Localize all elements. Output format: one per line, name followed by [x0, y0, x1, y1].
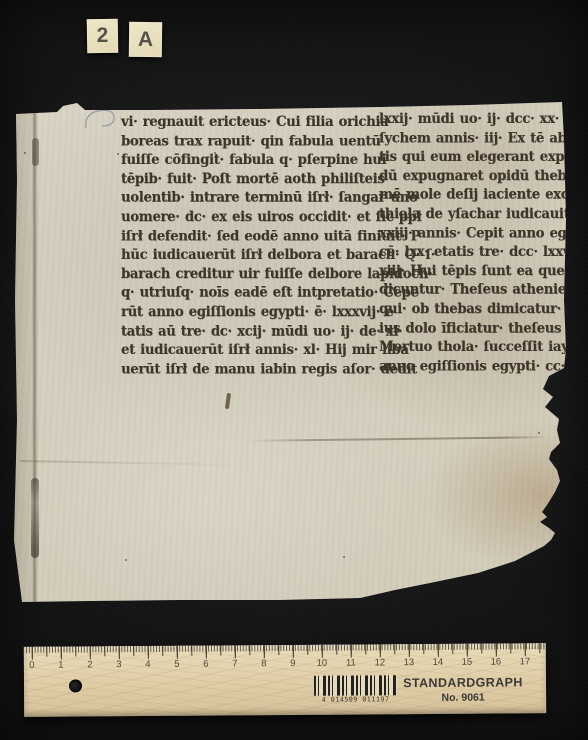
ruler-number: 12	[374, 657, 386, 668]
ruler-number: 16	[490, 656, 502, 667]
label-tile-a: A	[129, 22, 162, 57]
pen-trial-doodle	[80, 106, 120, 136]
ruler-number: 4	[142, 659, 154, 670]
ruler-number: 5	[171, 659, 183, 670]
manuscript-line: uerūt iſrł de manu iabin regis aſor· ded…	[121, 360, 375, 379]
ruler-number: 7	[229, 658, 241, 669]
label-tile-a-text: A	[138, 27, 154, 51]
manuscript-line: tatis aū tre· dc· xcij· mūdi uo· ij· de·…	[121, 322, 375, 341]
manuscript-line: thiola de yſachar iudicauit iſrł	[379, 205, 569, 224]
sewing-stain	[32, 138, 39, 166]
manuscript-line: dū expugnaret opidū thebes a	[379, 167, 569, 186]
ruler-number: 1	[55, 660, 67, 671]
ink-mark	[225, 393, 231, 409]
manuscript-line: xiij· Hui tēpis ſunt ea que de m	[379, 262, 569, 281]
manuscript-line: dicuntur· Theſeus athenienſiū· q	[379, 281, 569, 300]
ruler-number: 6	[200, 659, 212, 670]
ruler-number: 10	[316, 658, 328, 669]
ruler-number: 13	[403, 657, 415, 668]
manuscript-line: boreas trax rapuit· qin fabula uentū	[121, 132, 375, 151]
ruler-number: 0	[26, 660, 38, 671]
parchment-fragment: vi· regnauit ericteus· Cui filia orichia…	[0, 0, 588, 740]
manuscript-line: hūc iudicauerūt iſrł delbora et barach· …	[121, 246, 375, 265]
ruler-number: 8	[258, 658, 270, 669]
ruler-number: 9	[287, 658, 299, 669]
prick-mark	[538, 432, 540, 434]
manuscript-line: tēpib· fuit· Poſt mortē aoth philiſteis	[121, 170, 375, 189]
manuscript-right-column: lxxij· mūdi uo· ij· dcc· xx· et reg ſych…	[379, 110, 569, 376]
manuscript-line: lxxij· mūdi uo· ij· dcc· xx· et reg	[379, 110, 569, 129]
manuscript-line: fuiſſe cōfingit· fabula q· pſerpine hui	[121, 151, 375, 170]
label-tile-2: 2	[87, 19, 119, 54]
ruler-barcode: 4 014509 011197	[314, 675, 397, 704]
ruler-brand: STANDARDGRAPH	[397, 675, 529, 690]
manuscript-line: xxiij· annis· Cepit anno egiſſio	[379, 224, 569, 243]
prick-mark	[24, 152, 26, 154]
ruler-number: 3	[113, 659, 125, 670]
ruler-hang-hole	[69, 679, 82, 692]
sewing-stain	[31, 478, 39, 558]
manuscript-line: uomere· dc· ex eis uiros occidit· et ſic…	[121, 208, 375, 227]
photo-background: 2 A vi· regnauit ericteus· Cui filia ori…	[0, 0, 588, 740]
prick-mark	[125, 559, 127, 561]
prick-mark	[343, 556, 345, 558]
manuscript-line: tis qui eum elegerant expulſu	[379, 148, 569, 167]
manuscript-line: ſychem annis· iij· Ex tē ab ip	[379, 129, 569, 148]
ruler: 4 014509 011197 STANDARDGRAPH No. 9061 0…	[24, 643, 546, 717]
manuscript-line: et iudicauerūt iſrł annis· xl· Hij mir l…	[121, 341, 375, 360]
manuscript-line: vi· regnauit ericteus· Cui filia orichia	[121, 113, 375, 132]
manuscript-line: cē· lxx· etatis tre· dcc· lxxv· mu	[379, 243, 569, 262]
manuscript-line: Mortuo thola· ſucceſſit iayr g	[379, 338, 569, 357]
ruler-number: 15	[461, 657, 473, 668]
horizontal-crease	[20, 460, 255, 466]
ruler-model: No. 9061	[397, 691, 529, 704]
manuscript-line: barach creditur uir fuiſſe delbore lapid…	[121, 265, 375, 284]
manuscript-left-column: vi· regnauit ericteus· Cui filia orichia…	[121, 113, 375, 379]
manuscript-line: rūt anno egiſſionis egypti· ē· lxxxvij· …	[121, 303, 375, 322]
manuscript-line: uolentib· intrare terminū iſrł· ſangar u…	[121, 189, 375, 208]
barcode-bars	[314, 675, 397, 696]
manuscript-line: mē mole deſij iaciente excebrat	[379, 186, 569, 205]
ruler-number: 14	[432, 657, 444, 668]
ruler-number: 2	[84, 659, 96, 670]
manuscript-line: ius dolo īficiatur· theſeus he	[379, 319, 569, 338]
ruler-number: 17	[519, 656, 531, 667]
manuscript-line: q· utriuſq· noīs eadē eſt intpretatio· C…	[121, 284, 375, 303]
ruler-brand-box: STANDARDGRAPH No. 9061	[397, 675, 529, 704]
manuscript-line: qui· ob thebas dimicatur· Andr	[379, 300, 569, 319]
label-tile-2-text: 2	[96, 24, 108, 48]
manuscript-line: iſrł defendit· ſed eodē anno uitā finiui…	[121, 227, 375, 246]
horizontal-crease	[250, 436, 550, 442]
prick-mark	[117, 153, 119, 155]
manuscript-line: anno egiſſionis egypti· cc· reſu	[379, 357, 569, 376]
ruler-number: 11	[345, 657, 357, 668]
barcode-digits: 4 014509 011197	[314, 695, 397, 704]
